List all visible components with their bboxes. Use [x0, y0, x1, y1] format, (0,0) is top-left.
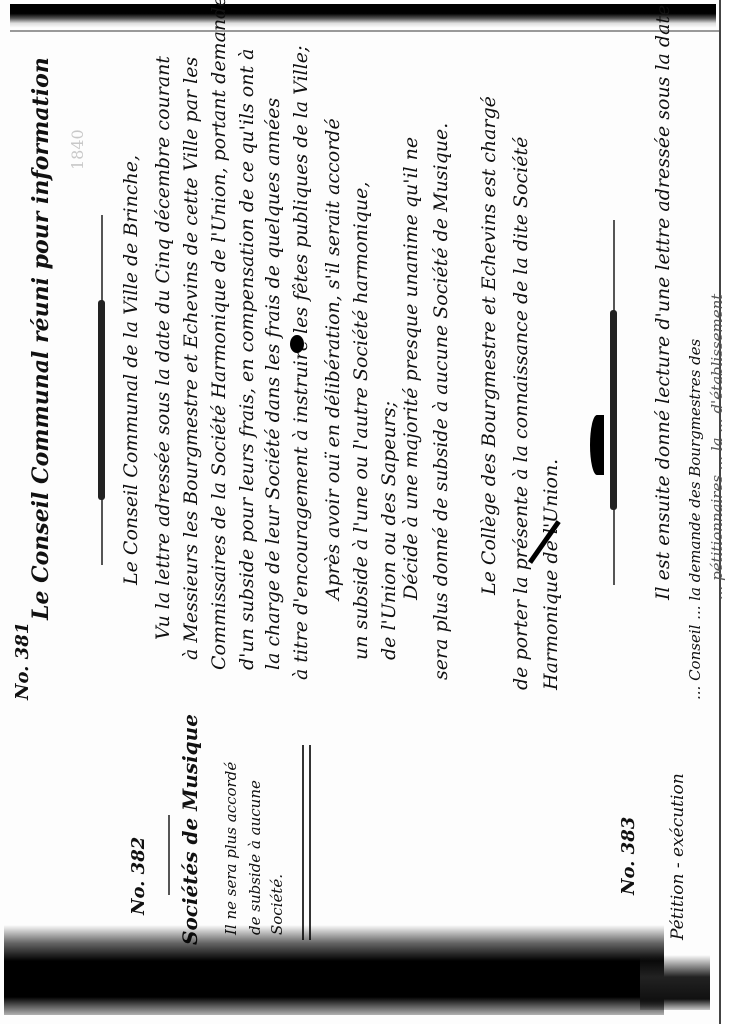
entry-382-double-rule [302, 745, 311, 940]
entry-382-number: No. 382 [128, 837, 149, 915]
entry-381-line-3: à Messieurs les Bourgmestre et Echevins … [180, 57, 202, 660]
separator-rule-2-thick [610, 310, 617, 510]
page-top-edge [10, 30, 720, 32]
entry-383-number: No. 383 [618, 817, 639, 895]
entry-382-title: Sociétés de Musique [178, 714, 202, 945]
entry-381-line-8: Après avoir ouï en délibération, s'il se… [322, 118, 344, 600]
pencil-year: 1840 [68, 129, 87, 170]
scan-top-shadow [10, 4, 716, 28]
entry-383-title: Pétition - exécution [668, 773, 688, 940]
entry-381-line-10: de l'Union ou des Sapeurs; [378, 401, 400, 660]
entry-381-line-4: Commissaires de la Société Harmonique de… [208, 0, 230, 670]
entry-381-line-9: un subside à l'une ou l'autre Société ha… [350, 182, 372, 660]
scan-bottom-shadow [4, 925, 664, 1015]
entry-381-line-5: d'un subside pour leurs frais, en compen… [236, 49, 258, 670]
entry-381-title: Le Conseil Communal réuni pour informati… [28, 57, 54, 620]
scan-bottom-shadow-right [640, 955, 710, 1010]
entry-381-line-11: Décide à une majorité presque unanime qu… [400, 137, 422, 600]
entry-381-number: No. 381 [12, 622, 33, 700]
entry-381-line-7: à titre d'encouragement à instruire les … [290, 46, 312, 680]
entry-381-line-12: sera plus donné de subside à aucune Soci… [430, 123, 452, 680]
entry-382-line-2: de subside à aucune [246, 780, 264, 935]
entry-381-line-14: de porter la présente à la connaissance … [510, 137, 532, 690]
entry-382-line-1: Il ne sera plus accordé [222, 762, 240, 935]
entry-381-line-1: Le Conseil Communal de la Ville de Brinc… [120, 155, 142, 585]
scanned-page: No. 381 Le Conseil Communal réuni pour i… [0, 0, 745, 1024]
ink-blot [290, 335, 304, 353]
entry-382-rule [168, 815, 170, 895]
entry-383-line-3: ... pétitionnaires ... la ... d'établiss… [708, 294, 726, 600]
entry-383-line-1: Il est ensuite donné lecture d'une lettr… [652, 5, 674, 600]
entry-381-line-13: Le Collège des Bourgmestre et Echevins e… [478, 96, 500, 595]
entry-383-line-2: ... Conseil ... la demande des Bourgmest… [686, 339, 704, 700]
ink-crescent [590, 415, 604, 475]
separator-rule-thick [98, 300, 105, 500]
entry-381-line-15: Harmonique de l'Union. [540, 459, 562, 690]
entry-381-line-2: Vu la lettre adressée sous la date du Ci… [152, 56, 174, 640]
entry-381-line-6: la charge de leur Société dans les frais… [262, 98, 284, 670]
